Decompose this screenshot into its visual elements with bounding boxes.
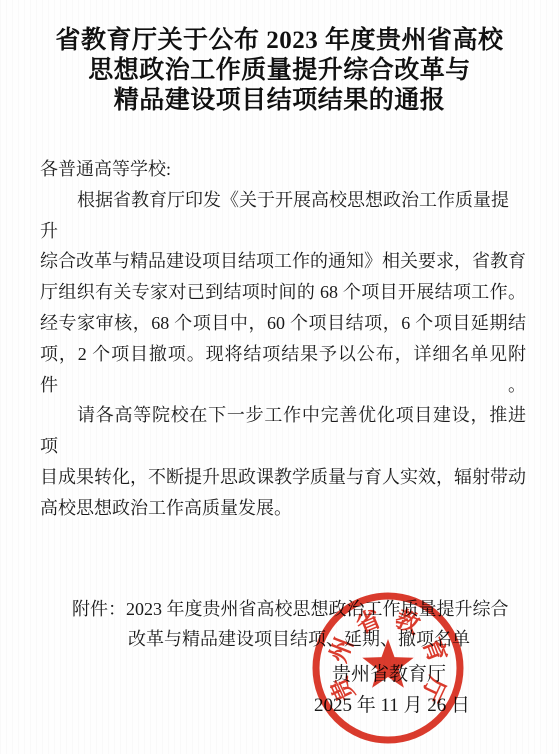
seal-char: 贵 <box>324 671 360 706</box>
title-line-2: 思想政治工作质量提升综合改革与 <box>0 56 559 86</box>
paragraph1-line-4: 经专家审核，68 个项目中，60 个项目结项，6 个项目延期结 <box>40 308 526 339</box>
attachment-note: 附件：2023 年度贵州省高校思想政治工作质量提升综合 改革与精品建设项目结项、… <box>0 594 559 656</box>
seal-char: 省 <box>352 605 385 639</box>
seal-char: 厅 <box>416 672 451 705</box>
seal-char: 教 <box>391 605 425 640</box>
salutation: 各普通高等学校: <box>40 154 526 185</box>
paragraph2-line-3: 高校思想政治工作高质量发展。 <box>40 493 526 524</box>
official-seal: 贵州省教育厅 <box>306 586 470 750</box>
paragraph2-line-2: 目成果转化，不断提升思政课教学质量与育人实效，辐射带动 <box>40 462 526 493</box>
document-body: 各普通高等学校: 根据省教育厅印发《关于开展高校思想政治工作质量提升 综合改革与… <box>0 154 559 524</box>
star-icon <box>362 639 413 688</box>
paragraph2-line-1: 请各高等院校在下一步工作中完善优化项目建设，推进项 <box>40 400 526 462</box>
document-page: 省教育厅关于公布 2023 年度贵州省高校 思想政治工作质量提升综合改革与 精品… <box>0 0 559 754</box>
seal-char: 州 <box>325 634 359 666</box>
paragraph1-line-3: 厅组织有关专家对已到结项时间的 68 个项目开展结项工作。 <box>40 277 526 308</box>
paragraph1-line-1: 根据省教育厅印发《关于开展高校思想政治工作质量提升 <box>40 185 526 247</box>
paragraph1-line-5: 项，2 个项目撤项。现将结项结果予以公布，详细名单见附件。 <box>40 339 526 401</box>
attachment-line-2: 改革与精品建设项目结项、延期、撤项名单 <box>0 624 559 655</box>
title-line-3: 精品建设项目结项结果的通报 <box>0 86 559 116</box>
attachment-line-1: 附件：2023 年度贵州省高校思想政治工作质量提升综合 <box>0 594 559 625</box>
document-title: 省教育厅关于公布 2023 年度贵州省高校 思想政治工作质量提升综合改革与 精品… <box>0 0 559 116</box>
paragraph1-line-2: 综合改革与精品建设项目结项工作的通知》相关要求，省教育 <box>40 246 526 277</box>
seal-char: 育 <box>417 634 452 666</box>
title-line-1: 省教育厅关于公布 2023 年度贵州省高校 <box>0 26 559 56</box>
